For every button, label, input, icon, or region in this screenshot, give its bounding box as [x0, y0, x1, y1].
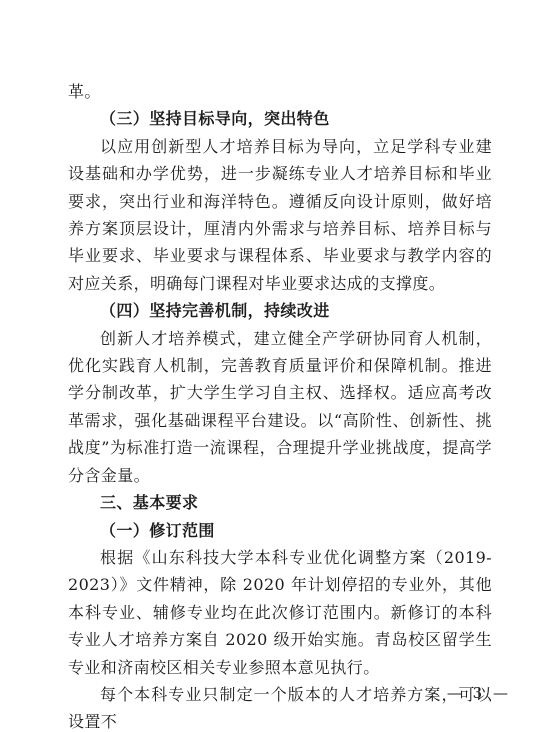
- section-heading: 三、基本要求: [68, 489, 492, 516]
- paragraph-line: 革。: [68, 78, 492, 105]
- document-body: 革。（三）坚持目标导向，突出特色以应用创新型人才培养目标为导向，立足学科专业建设…: [68, 78, 492, 732]
- section-heading: （一）修订范围: [68, 517, 492, 544]
- paragraph-line: 创新人才培养模式，建立健全产学研协同育人机制，优化实践育人机制，完善教育质量评价…: [68, 325, 492, 489]
- section-heading: （三）坚持目标导向，突出特色: [68, 105, 492, 132]
- paragraph-line: 每个本科专业只制定一个版本的人才培养方案，可以设置不: [68, 681, 492, 732]
- section-heading: （四）坚持完善机制，持续改进: [68, 297, 492, 324]
- document-page: 革。（三）坚持目标导向，突出特色以应用创新型人才培养目标为导向，立足学科专业建设…: [0, 0, 549, 732]
- paragraph-line: 以应用创新型人才培养目标为导向，立足学科专业建设基础和办学优势，进一步凝练专业人…: [68, 133, 492, 297]
- page-number: — 3 —: [447, 684, 511, 702]
- paragraph-line: 根据《山东科技大学本科专业优化调整方案（2019-2023）》文件精神，除 20…: [68, 544, 492, 681]
